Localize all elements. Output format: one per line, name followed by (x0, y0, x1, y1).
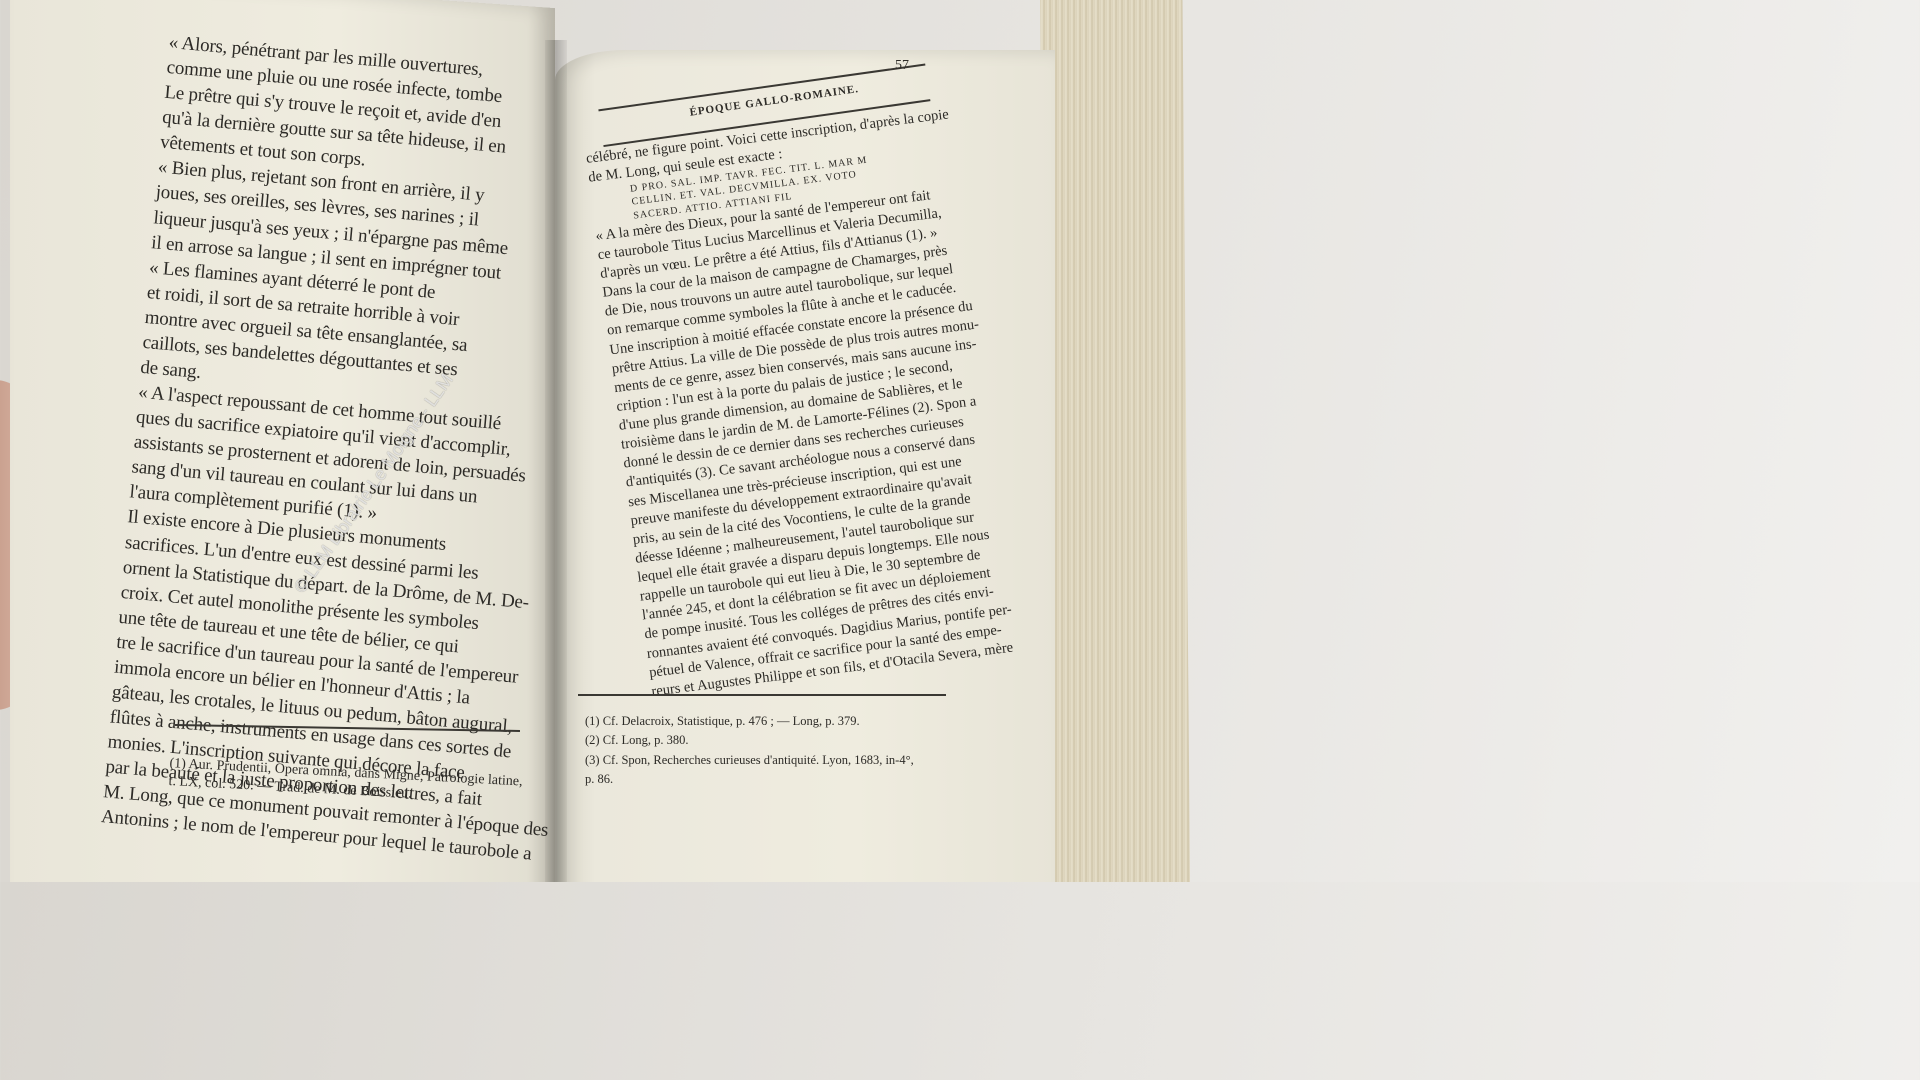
left-page-body: « Alors, pénétrant par les mille ouvertu… (100, 30, 519, 860)
footnote: (1) Cf. Delacroix, Statistique, p. 476 ;… (585, 712, 955, 731)
book-photo: « Alors, pénétrant par les mille ouvertu… (0, 0, 1568, 882)
footnote: (2) Cf. Long, p. 380. (585, 731, 955, 750)
book-gutter (545, 40, 567, 882)
right-footnotes: (1) Cf. Delacroix, Statistique, p. 476 ;… (585, 712, 955, 790)
page-number: 57 (895, 58, 909, 74)
footnote: p. 86. (585, 770, 955, 789)
page-edges (1040, 0, 1190, 882)
footnote: (3) Cf. Spon, Recherches curieuses d'ant… (585, 751, 955, 770)
right-page-body: célébré, ne figure point. Voici cette in… (585, 106, 1010, 702)
footnote-divider (578, 694, 946, 696)
